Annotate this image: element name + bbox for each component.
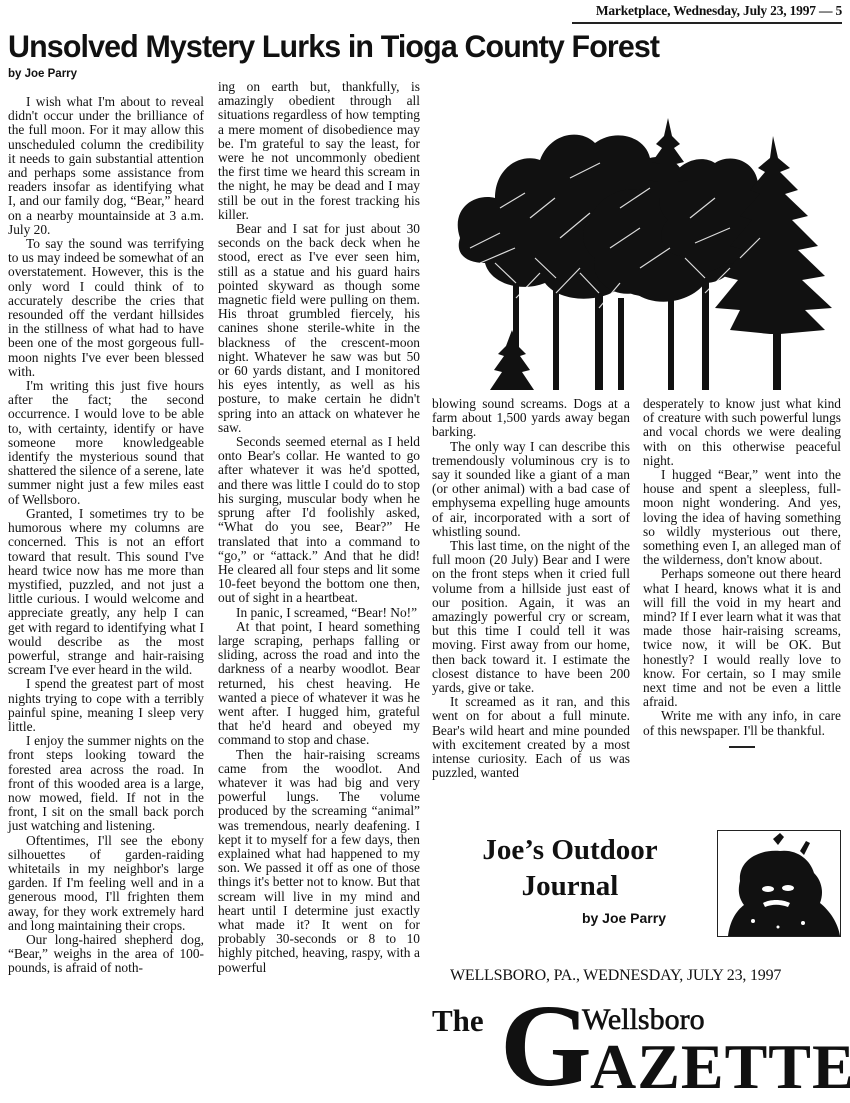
paragraph: To say the sound was terrifying to us ma… xyxy=(8,237,204,379)
paragraph: It screamed as it ran, and this went on … xyxy=(432,695,630,780)
paragraph: In panic, I screamed, “Bear! No!” xyxy=(218,606,420,620)
paragraph: Seconds seemed eternal as I held onto Be… xyxy=(218,435,420,605)
paragraph: I spend the greatest part of most nights… xyxy=(8,677,204,734)
column-byline: by Joe Parry xyxy=(470,910,670,926)
paragraph: desperately to know just what kind of cr… xyxy=(643,397,841,468)
article-column-2: ing on earth but, thankfully, is amazing… xyxy=(218,80,420,975)
article-column-3: blowing sound screams. Dogs at a farm ab… xyxy=(432,397,630,780)
paragraph: Bear and I sat for just about 30 seconds… xyxy=(218,222,420,435)
article-column-4: desperately to know just what kind of cr… xyxy=(643,397,841,748)
paragraph: The only way I can describe this tremend… xyxy=(432,440,630,539)
column-title-line2: Journal xyxy=(470,868,670,904)
paragraph: Our long-haired shepherd dog, “Bear,” we… xyxy=(8,933,204,976)
paragraph: ing on earth but, thankfully, is amazing… xyxy=(218,80,420,222)
paragraph: I wish what I'm about to reveal didn't o… xyxy=(8,95,204,237)
paragraph: Oftentimes, I'll see the ebony silhouett… xyxy=(8,834,204,933)
author-portrait-sketch-icon xyxy=(717,830,841,937)
masthead-g: G xyxy=(500,987,592,1103)
headline: Unsolved Mystery Lurks in Tioga County F… xyxy=(8,28,815,65)
masthead-the: The xyxy=(432,1003,484,1039)
masthead-azette: AZETTE xyxy=(590,1035,850,1099)
folio-line: Marketplace, Wednesday, July 23, 1997 — … xyxy=(572,3,842,24)
paragraph: I enjoy the summer nights on the front s… xyxy=(8,734,204,833)
paragraph: At that point, I heard something large s… xyxy=(218,620,420,748)
paragraph: blowing sound screams. Dogs at a farm ab… xyxy=(432,397,630,440)
paragraph: Granted, I sometimes try to be humorous … xyxy=(8,507,204,677)
column-logo: Joe’s Outdoor Journal by Joe Parry xyxy=(470,832,670,926)
paragraph: I hugged “Bear,” went into the house and… xyxy=(643,468,841,567)
paragraph: Perhaps someone out there heard what I h… xyxy=(643,567,841,709)
paragraph: Write me with any info, in care of this … xyxy=(643,709,841,737)
forest-trees-illustration xyxy=(440,98,840,390)
paragraph: This last time, on the night of the full… xyxy=(432,539,630,695)
newspaper-masthead: G The Wellsboro AZETTE xyxy=(430,995,845,1100)
end-rule xyxy=(729,746,755,748)
article-column-1: I wish what I'm about to reveal didn't o… xyxy=(8,95,204,976)
byline: by Joe Parry xyxy=(8,68,77,80)
paragraph: I'm writing this just five hours after t… xyxy=(8,379,204,507)
paragraph: Then the hair-raising screams came from … xyxy=(218,748,420,975)
column-title-line1: Joe’s Outdoor xyxy=(470,832,670,868)
